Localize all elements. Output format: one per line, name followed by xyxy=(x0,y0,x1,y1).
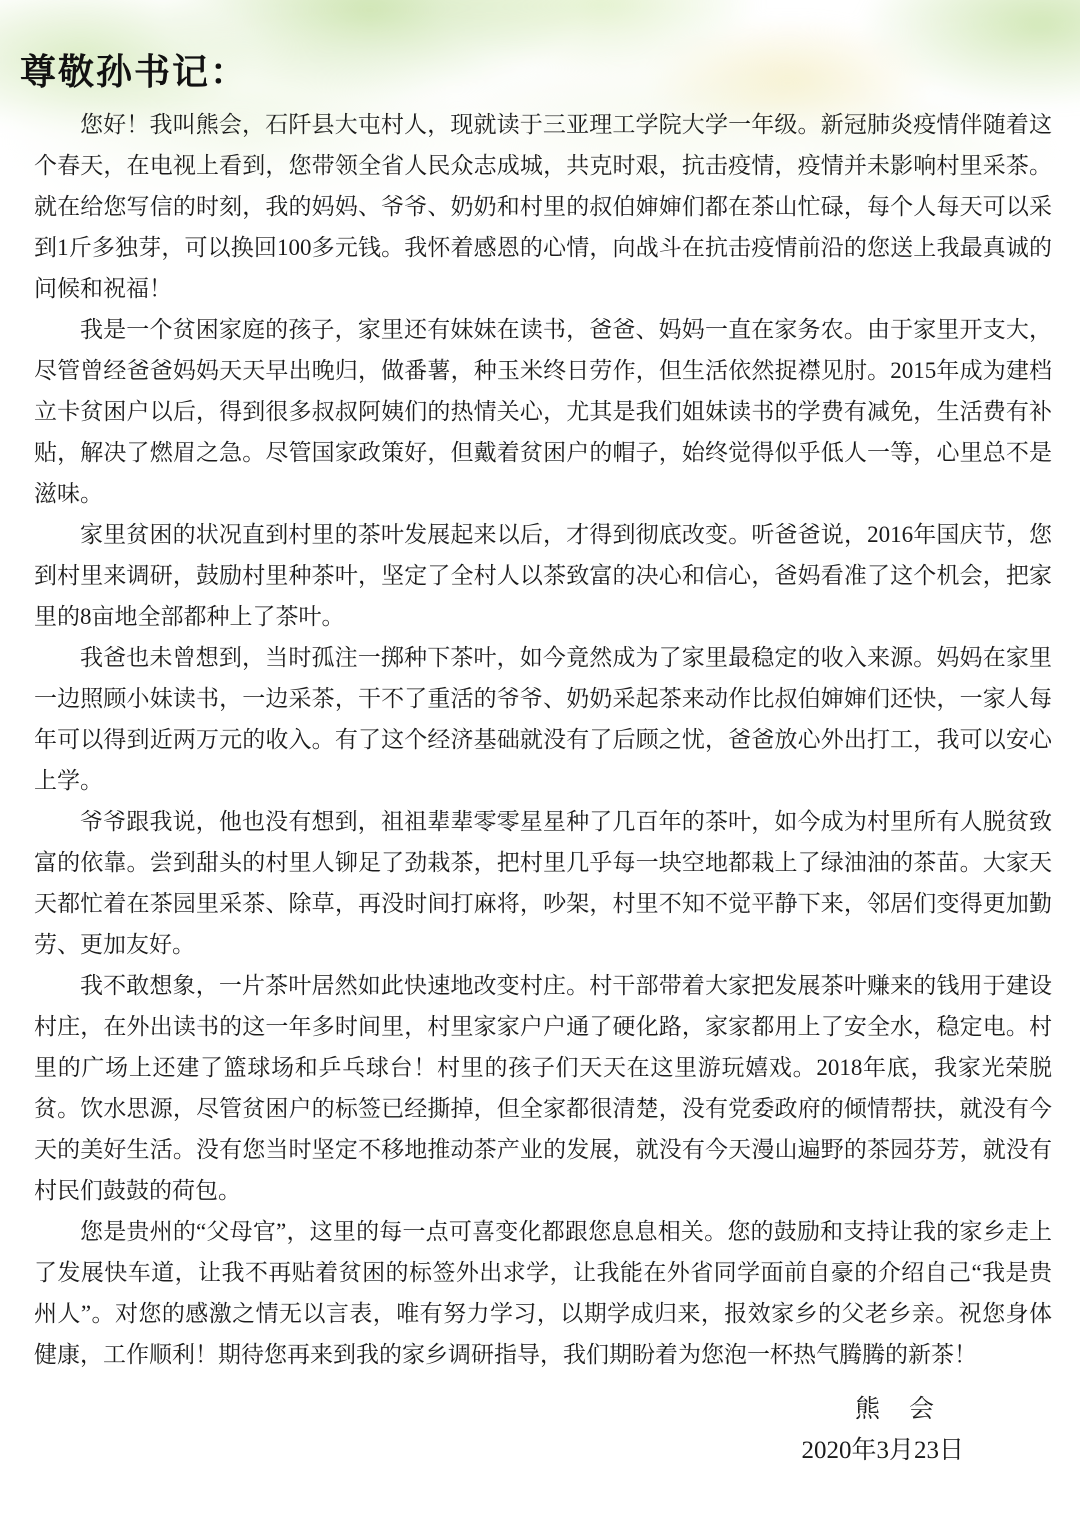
letter-signature: 熊 会 2020年3月23日 xyxy=(34,1389,1052,1471)
letter-page: 尊敬孙书记： 您好！我叫熊会，石阡县大屯村人，现就读于三亚理工学院大学一年级。新… xyxy=(0,0,1080,1528)
letter-salutation: 尊敬孙书记： xyxy=(20,44,1052,95)
letter-content: 尊敬孙书记： 您好！我叫熊会，石阡县大屯村人，现就读于三亚理工学院大学一年级。新… xyxy=(0,0,1080,1471)
signature-name: 熊 会 xyxy=(34,1389,1052,1430)
letter-paragraph: 您是贵州的“父母官”，这里的每一点可喜变化都跟您息息相关。您的鼓励和支持让我的家… xyxy=(34,1211,1052,1375)
letter-paragraph: 我爸也未曾想到，当时孤注一掷种下茶叶，如今竟然成为了家里最稳定的收入来源。妈妈在… xyxy=(34,637,1052,801)
letter-paragraph: 我不敢想象，一片茶叶居然如此快速地改变村庄。村干部带着大家把发展茶叶赚来的钱用于… xyxy=(34,965,1052,1211)
letter-body: 您好！我叫熊会，石阡县大屯村人，现就读于三亚理工学院大学一年级。新冠肺炎疫情伴随… xyxy=(34,104,1052,1375)
letter-paragraph: 您好！我叫熊会，石阡县大屯村人，现就读于三亚理工学院大学一年级。新冠肺炎疫情伴随… xyxy=(34,104,1052,309)
letter-paragraph: 我是一个贫困家庭的孩子，家里还有妹妹在读书，爸爸、妈妈一直在家务农。由于家里开支… xyxy=(34,309,1052,514)
letter-paragraph: 爷爷跟我说，他也没有想到，祖祖辈辈零零星星种了几百年的茶叶，如今成为村里所有人脱… xyxy=(34,801,1052,965)
signature-date: 2020年3月23日 xyxy=(34,1430,1052,1471)
letter-paragraph: 家里贫困的状况直到村里的茶叶发展起来以后，才得到彻底改变。听爸爸说，2016年国… xyxy=(34,514,1052,637)
